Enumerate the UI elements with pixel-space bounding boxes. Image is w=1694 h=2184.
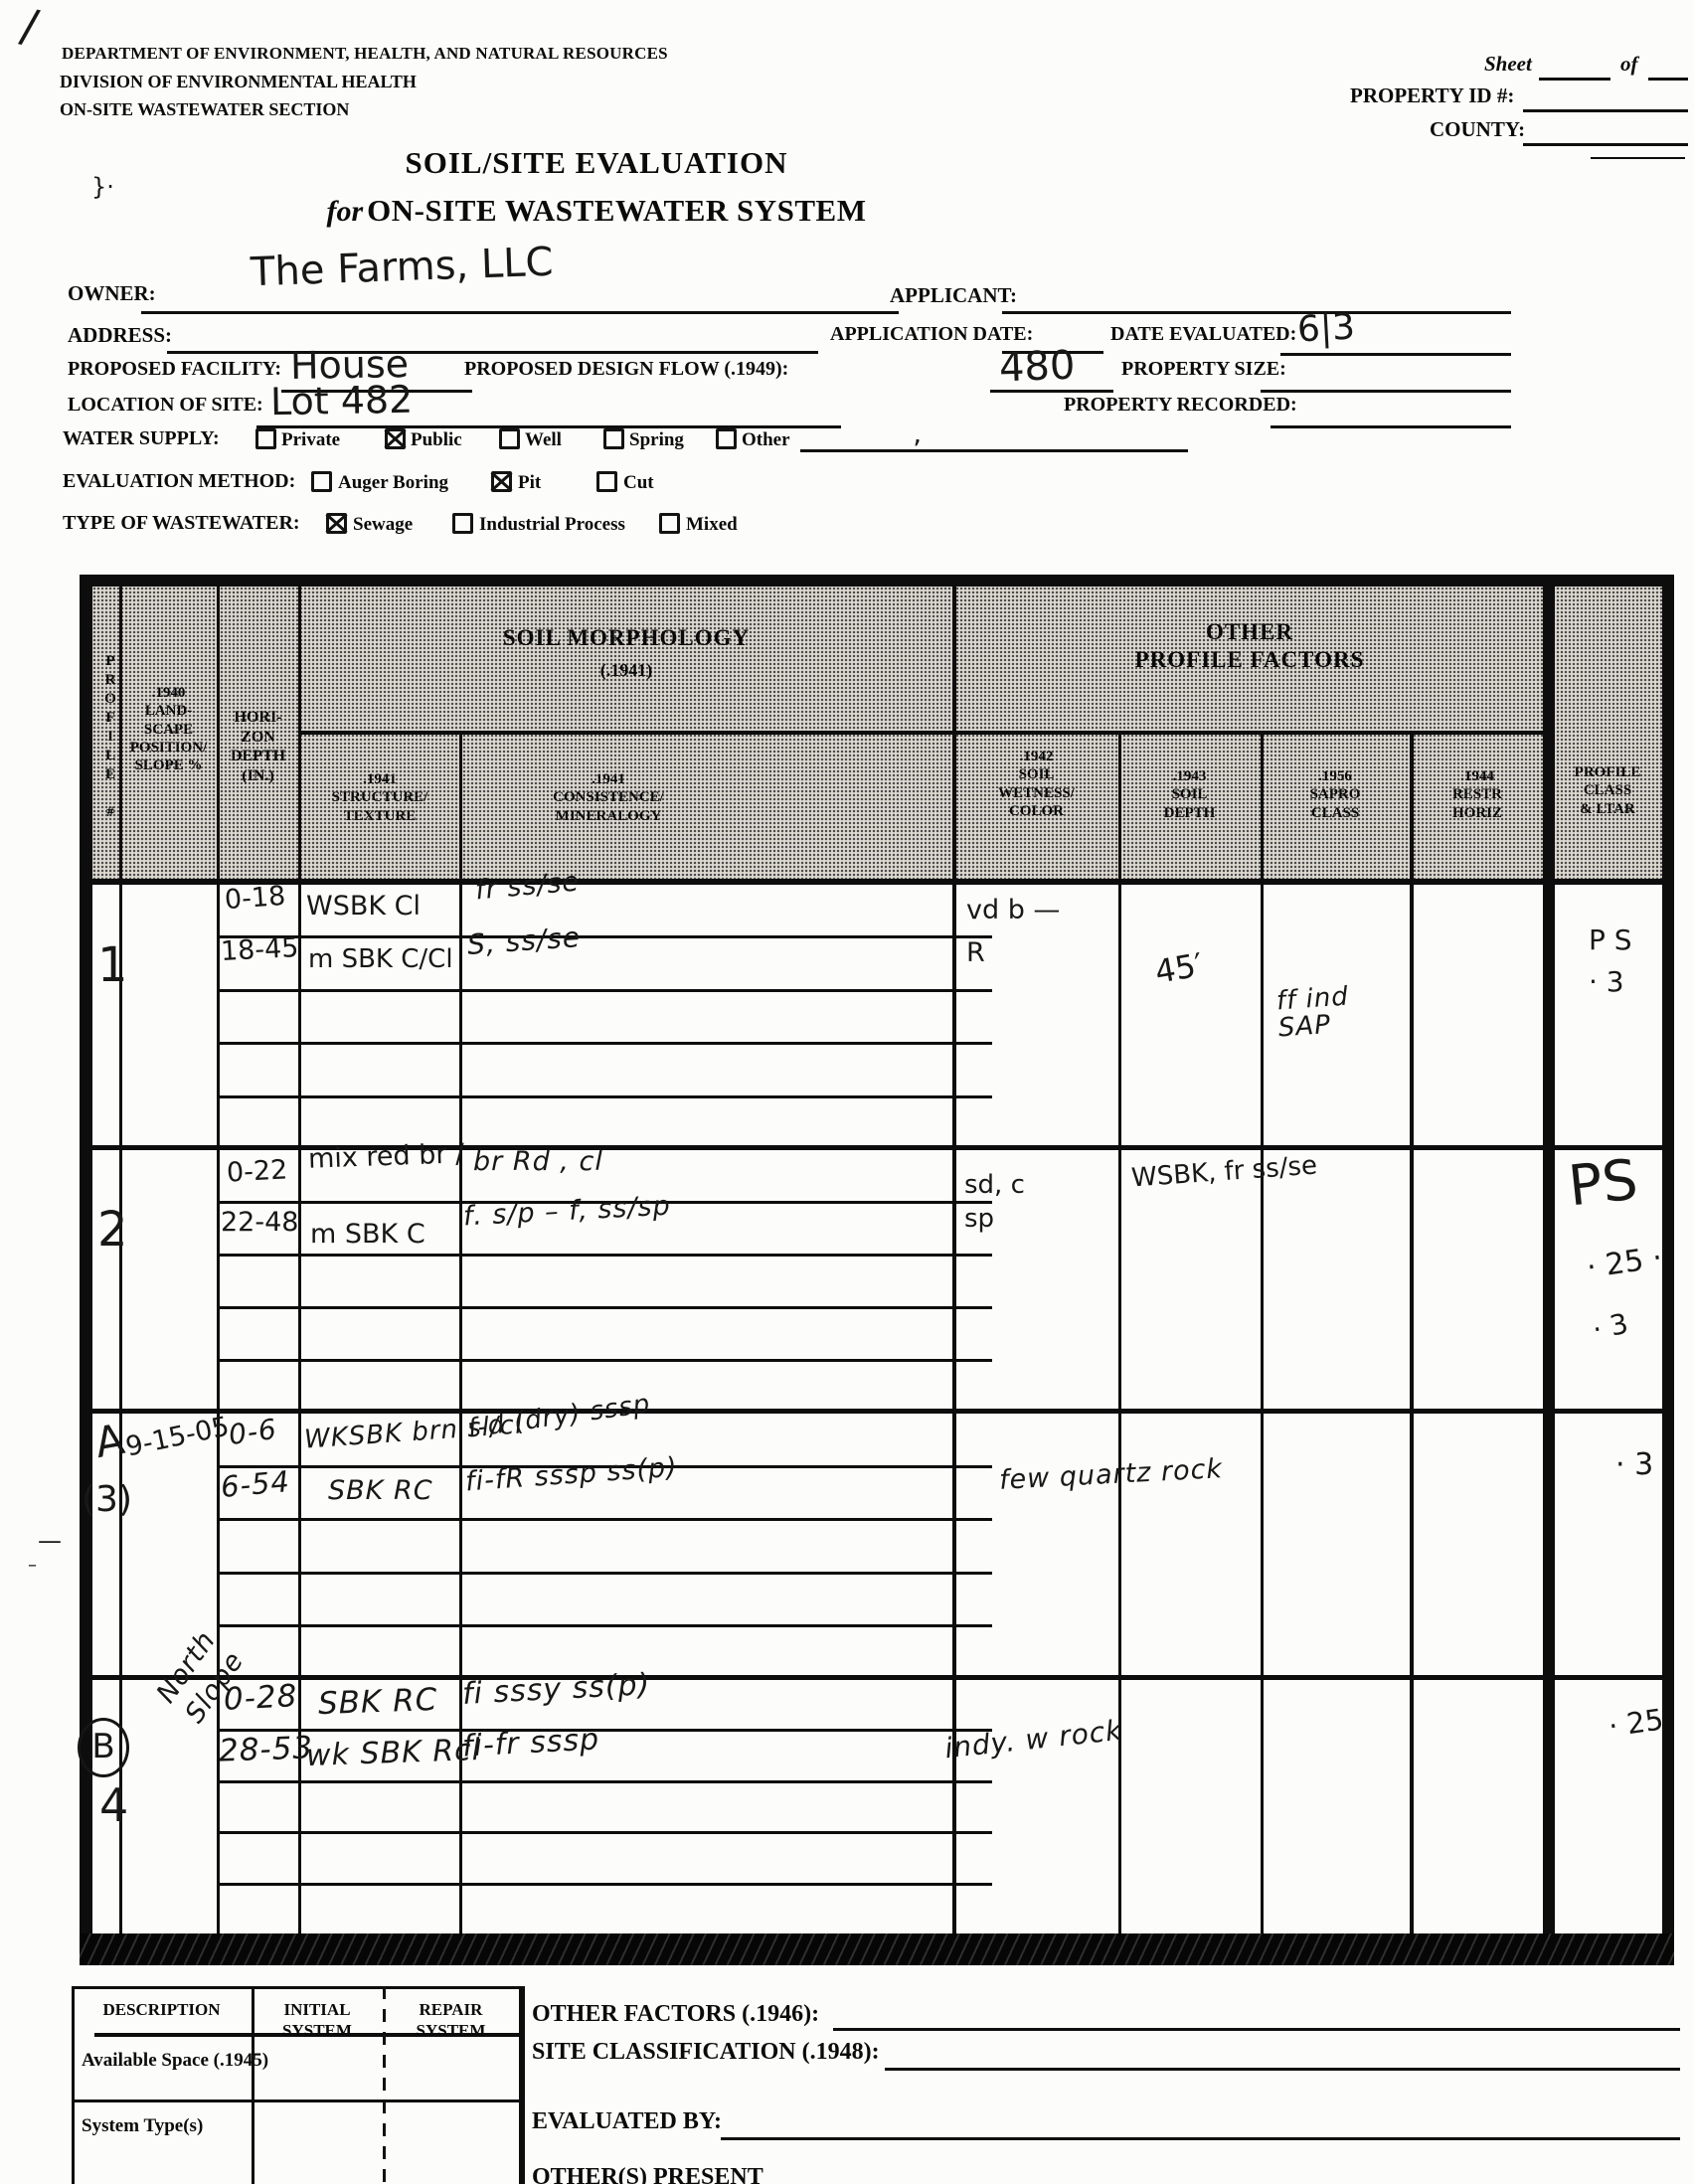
table-bottom-bar: [80, 1933, 1674, 1965]
wastewater-type-label: TYPE OF WASTEWATER:: [63, 512, 300, 536]
system-types-initial-cell[interactable]: [266, 2115, 376, 2155]
profile2-consistence-1: br Rd , cl: [473, 1148, 603, 1176]
grid-line: [217, 1518, 992, 1521]
evaluation-pit-label: Pit: [518, 472, 541, 494]
owner-line[interactable]: [141, 311, 899, 314]
agency-line-2: DIVISION OF ENVIRONMENTAL HEALTH: [60, 72, 417, 92]
scan-stray-mark: /: [17, 1, 42, 51]
bottom-table-right: [519, 1986, 525, 2184]
profile1-consistence-1: fr ss/se: [474, 868, 581, 905]
grid-line: [1410, 735, 1414, 1933]
water-supply-private-checkbox[interactable]: [255, 428, 276, 449]
subtitle-text: ON-SITE WASTEWATER SYSTEM: [367, 193, 866, 228]
profile4-structure-1: SBK RC: [317, 1684, 437, 1721]
applicant-label: APPLICANT:: [890, 283, 1017, 308]
water-supply-other-checkbox[interactable]: [716, 428, 737, 449]
available-space-label: Available Space (.1945): [82, 2050, 268, 2072]
profile4-consistence-1: fi sssy ss(p): [461, 1669, 651, 1710]
sheet-total-line[interactable]: [1648, 78, 1688, 81]
col-header-other-factors: OTHER PROFILE FACTORS: [956, 618, 1543, 674]
agency-line-3: ON-SITE WASTEWATER SECTION: [60, 99, 349, 120]
wastewater-industrial-label: Industrial Process: [479, 514, 625, 536]
profile2-note: WSBK, fr ss/se: [1130, 1153, 1318, 1193]
header-bottom-line: [80, 879, 1674, 885]
wastewater-mixed-label: Mixed: [686, 514, 738, 536]
wastewater-sewage-label: Sewage: [353, 514, 413, 536]
wastewater-industrial-checkbox[interactable]: [452, 513, 473, 534]
grid-line: [217, 1254, 992, 1257]
date-evaluated-label: DATE EVALUATED:: [1110, 323, 1296, 347]
owner-value: The Farms, LLC: [250, 242, 554, 294]
wastewater-sewage-checkbox[interactable]: [326, 513, 347, 534]
scan-stray-mark: –: [28, 1557, 37, 1576]
sheet-label: Sheet: [1484, 52, 1532, 77]
profile3-note: few quartz rock: [998, 1455, 1223, 1495]
grid-line: [217, 1095, 992, 1098]
col-header-morphology-ref: (.1941): [300, 660, 952, 682]
profile3-depth-2: 6-54: [220, 1466, 291, 1502]
address-label: ADDRESS:: [68, 323, 172, 348]
profile2-class: PS: [1566, 1152, 1640, 1218]
evaluation-cut-label: Cut: [623, 472, 654, 494]
water-supply-public-label: Public: [411, 429, 462, 451]
profile1-sapro: ff ind SAP: [1275, 984, 1351, 1044]
col-header-morphology: SOIL MORPHOLOGY: [300, 624, 952, 652]
location-label: LOCATION OF SITE:: [68, 394, 263, 418]
profile4-number: 4: [99, 1781, 128, 1829]
profile3-landscape-date: 9-15-05: [123, 1413, 232, 1462]
grid-line: [217, 1729, 992, 1732]
property-id-line[interactable]: [1523, 109, 1688, 112]
grid-line: [217, 1042, 992, 1045]
col-header-wetness: .1942 SOIL WETNESS/ COLOR: [954, 748, 1118, 820]
system-types-repair-cell[interactable]: [396, 2115, 505, 2155]
wastewater-mixed-checkbox[interactable]: [659, 513, 680, 534]
grid-line: [217, 1359, 992, 1362]
col-header-landscape: .1940 LAND- SCAPE POSITION/ SLOPE %: [120, 684, 217, 774]
grid-line: [217, 989, 992, 992]
for-word: for: [326, 195, 363, 228]
property-recorded-label: PROPERTY RECORDED:: [1064, 394, 1297, 418]
bottom-row-line: [72, 2100, 521, 2102]
proposed-facility-label: PROPOSED FACILITY:: [68, 358, 281, 382]
profile4-structure-2: wk SBK Rcl: [306, 1735, 482, 1772]
other-factors-line[interactable]: [833, 2028, 1680, 2031]
grid-line: [217, 1624, 992, 1627]
water-supply-spring-label: Spring: [629, 429, 684, 451]
form-title: SOIL/SITE EVALUATION: [298, 145, 895, 182]
property-size-label: PROPERTY SIZE:: [1121, 358, 1286, 382]
col-header-soil-depth: .1943 SOIL DEPTH: [1118, 767, 1261, 822]
water-supply-label: WATER SUPPLY:: [63, 427, 220, 451]
scan-stray-line: [1591, 157, 1685, 159]
sheet-number-line[interactable]: [1539, 78, 1610, 81]
table-top-border: [80, 575, 1674, 587]
evaluation-auger-label: Auger Boring: [338, 472, 448, 494]
design-flow-value: 480: [998, 345, 1076, 390]
profile3-structure-2: SBK RC: [328, 1477, 433, 1505]
profile1-soil-depth: 45′: [1152, 948, 1205, 989]
county-line[interactable]: [1523, 143, 1688, 146]
profile1-structure-1: WSBK Cl: [306, 893, 421, 921]
grid-line: [217, 1780, 992, 1783]
repair-system-header: REPAIR SYSTEM: [383, 2000, 519, 2041]
profile4-depth-1: 0-28: [223, 1680, 298, 1716]
profile1-depth-1: 0-18: [224, 883, 286, 916]
description-header: DESCRIPTION: [72, 2000, 252, 2021]
evaluated-by-label: EVALUATED BY:: [532, 2107, 722, 2135]
profile1-number: 1: [97, 940, 128, 990]
agency-line-1: DEPARTMENT OF ENVIRONMENT, HEALTH, AND N…: [62, 44, 668, 64]
scan-stray-mark: }·: [91, 175, 114, 200]
form-subtitle: for ON-SITE WASTEWATER SYSTEM: [268, 193, 925, 229]
initial-system-header: INITIAL SYSTEM: [252, 2000, 383, 2041]
profile-separator: [80, 1409, 1674, 1414]
col-header-profile: PROFILE #: [93, 604, 119, 871]
profile4-letter-circle: B: [78, 1718, 129, 1777]
grid-line: [217, 1831, 992, 1834]
water-supply-spring-checkbox[interactable]: [603, 428, 624, 449]
profile1-class-ltar: P S · 3: [1589, 920, 1632, 1003]
profile4-letter: B: [91, 1730, 114, 1765]
sheet-of-label: of: [1620, 52, 1638, 77]
grid-line: [217, 1883, 992, 1886]
location-value: Lot 482: [270, 381, 414, 422]
available-space-initial-cell[interactable]: [266, 2050, 376, 2090]
property-size-line[interactable]: [1261, 390, 1511, 393]
site-classification-label: SITE CLASSIFICATION (.1948):: [532, 2038, 880, 2066]
profile4-note: indy. w rock: [943, 1716, 1124, 1764]
scan-stray-mark: —: [38, 1529, 62, 1554]
profile2-ltar-2: · 3: [1590, 1309, 1630, 1345]
profile3-number: (3): [82, 1481, 132, 1519]
location-line[interactable]: [256, 425, 841, 428]
profile2-depth-1: 0-22: [226, 1156, 288, 1188]
system-types-label: System Type(s): [82, 2115, 203, 2137]
grid-line: [1118, 735, 1121, 1933]
profile2-consistence-2: f. s/p – f, ss/sp: [462, 1193, 671, 1232]
application-date-label: APPLICATION DATE:: [830, 323, 1033, 347]
col-header-consistence: .1941 CONSISTENCE/ MINERALOGY: [459, 770, 758, 825]
profile2-ltar-1: · 25 ·: [1585, 1243, 1664, 1284]
profile3-consistence-2: fi-fR sssp ss(p): [464, 1454, 678, 1497]
profile2-structure-1: mix red br /: [308, 1140, 465, 1174]
profile4-depth-2: 28-53: [218, 1732, 313, 1767]
col-header-sapro: .1956 SAPRO CLASS: [1261, 767, 1410, 822]
profile1-structure-2: m SBK C/Cl: [308, 946, 453, 973]
site-classification-line[interactable]: [885, 2068, 1680, 2071]
county-label: COUNTY:: [1430, 117, 1525, 142]
water-supply-other-line[interactable]: [800, 449, 1188, 452]
profile2-wetness: sd, c sp: [964, 1169, 1025, 1237]
profile3-depth-1: 0-6: [227, 1415, 278, 1450]
profile2-number: 2: [97, 1205, 128, 1255]
profile4-ltar: · 25: [1607, 1704, 1665, 1742]
profile3-consistence-1: f-d (dry) sssp: [466, 1391, 652, 1443]
profile2-depth-2: 22-48: [221, 1209, 298, 1237]
profile2-structure-2: m SBK C: [310, 1221, 425, 1249]
soil-site-evaluation-form: / }· ’ — – DEPARTMENT OF ENVIRONMENT, HE…: [0, 0, 1694, 2184]
evaluation-method-label: EVALUATION METHOD:: [63, 470, 295, 494]
evaluation-auger-checkbox[interactable]: [311, 471, 332, 492]
grid-line: [217, 935, 992, 938]
col-header-horizon: HORI- ZON DEPTH (IN.): [218, 708, 298, 785]
applicant-line[interactable]: [1002, 311, 1511, 314]
available-space-repair-cell[interactable]: [396, 2050, 505, 2090]
other-factors-label: OTHER FACTORS (.1946):: [532, 2000, 819, 2028]
bottom-table-top: [72, 1986, 521, 1989]
evaluation-pit-checkbox[interactable]: [491, 471, 512, 492]
water-supply-public-checkbox[interactable]: [385, 428, 406, 449]
water-supply-well-label: Well: [525, 429, 562, 451]
col-header-structure: .1941 STRUCTURE/ TEXTURE: [300, 770, 459, 825]
profile1-consistence-2: S, ss/se: [466, 923, 582, 959]
profile1-wetness: vd b — R: [966, 889, 1060, 974]
owner-label: OWNER:: [68, 281, 156, 306]
profile4-consistence-2: fi-fr sssp: [461, 1724, 600, 1763]
col-header-profile-class: PROFILE CLASS & LTAR: [1553, 763, 1662, 818]
grid-line: [217, 1572, 992, 1575]
profile3-ltar: · 3: [1615, 1449, 1653, 1481]
profile1-depth-2: 18-45: [220, 934, 299, 966]
col-header-restr: .1944 RESTR HORIZ: [1412, 767, 1543, 822]
water-supply-private-label: Private: [281, 429, 340, 451]
design-flow-label: PROPOSED DESIGN FLOW (.1949):: [464, 358, 788, 382]
date-evaluated-value: 6|3: [1296, 309, 1356, 350]
evaluation-cut-checkbox[interactable]: [596, 471, 617, 492]
header-mid-line: [298, 731, 1543, 735]
water-supply-well-checkbox[interactable]: [499, 428, 520, 449]
water-supply-other-label: Other: [742, 429, 790, 451]
grid-line: [1261, 735, 1264, 1933]
grid-line: [217, 1306, 992, 1309]
date-evaluated-line[interactable]: [1280, 353, 1511, 356]
property-id-label: PROPERTY ID #:: [1350, 84, 1514, 108]
evaluated-by-line[interactable]: [721, 2137, 1680, 2140]
property-recorded-line[interactable]: [1270, 425, 1511, 428]
address-line[interactable]: [167, 351, 818, 354]
profile-separator: [80, 1675, 1674, 1680]
others-present-label: OTHER(S) PRESENT: [532, 2163, 763, 2184]
